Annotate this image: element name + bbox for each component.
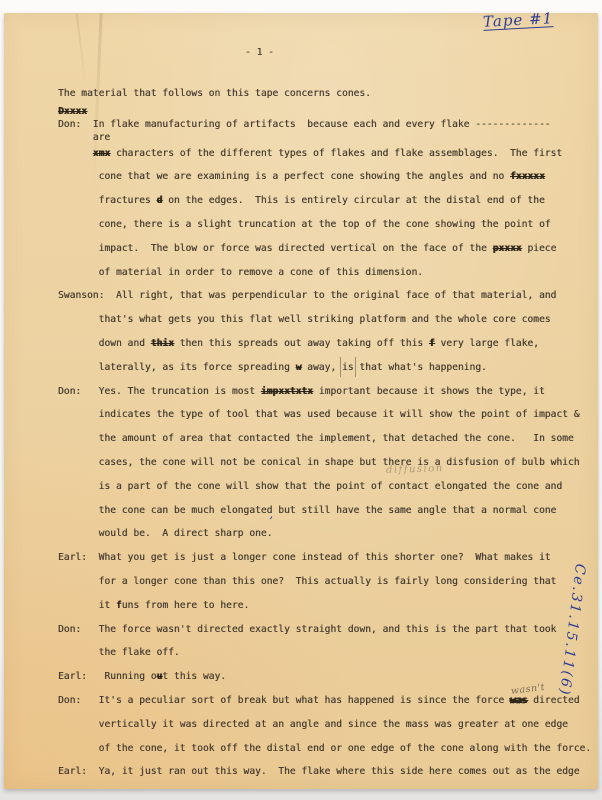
transcript-line: - 1 -	[58, 41, 598, 65]
transcript-text: on the edges. This is entirely circular …	[162, 195, 544, 206]
transcript-line: Don: In flake manufacturing of artifacts…	[58, 117, 598, 133]
transcript-line: cases, the cone will not be conical in s…	[58, 451, 598, 475]
transcript-text: Earl: What you get is just a longer cone…	[58, 552, 551, 563]
transcript-line: Swanson: All right, that was perpendicul…	[58, 284, 598, 308]
transcript-text: Don: In flake manufacturing of artifacts…	[58, 119, 551, 130]
transcript-line: are	[58, 133, 598, 142]
pencil-wasnt-annotation: wasn't	[510, 686, 511, 697]
transcript-text: is a part of the cone will show that the…	[58, 481, 562, 492]
transcript-text: cone that we are examining is a perfect …	[58, 171, 510, 182]
transcript-line: of material in order to remove a cone of…	[58, 261, 598, 285]
transcript-text: Earl: Ya, it just ran out this way. The …	[58, 766, 580, 777]
transcript-text: piece	[522, 243, 557, 254]
transcript-text: the amount of area that contacted the im…	[58, 433, 574, 444]
transcript-text: away,	[301, 362, 342, 373]
handwritten-tape-label: Tape #1	[483, 9, 554, 31]
transcript-line: Earl: What you get is just a longer cone…	[58, 546, 598, 570]
typewritten-transcript: - 1 -The material that follows on this t…	[4, 13, 598, 789]
transcript-line: cone that we are examining is a perfect …	[58, 165, 598, 189]
transcript-line: Don: It's a peculiar sort of break but w…	[58, 689, 598, 713]
overstruck-text: fxxxxx	[510, 171, 545, 182]
transcript-line: vertically it was directed at an angle a…	[58, 713, 598, 737]
transcript-text: the cone can be much elongated	[58, 505, 272, 516]
overstruck-text: pxxxx	[493, 243, 522, 254]
transcript-text: then this spreads out away taking off th…	[174, 338, 429, 349]
transcript-text: that what's happening.	[354, 362, 487, 373]
transcript-text: down and	[58, 338, 151, 349]
transcript-line: The material that follows on this tape c…	[58, 82, 598, 106]
transcript-text: are	[58, 132, 110, 143]
transcript-line: that's what gets you this flat well stri…	[58, 308, 598, 332]
transcript-text: would be. A direct sharp one.	[58, 528, 272, 539]
transcript-line: impact. The blow or force was directed v…	[58, 237, 598, 261]
scanned-page: - 1 -The material that follows on this t…	[4, 13, 598, 789]
transcript-text: indicates the type of tool that was used…	[58, 409, 580, 420]
transcript-text: fractures	[58, 195, 157, 206]
transcript-text: The material that follows on this tape c…	[58, 88, 371, 99]
transcript-line: Earl: Ya, it just ran out this way. The …	[58, 760, 598, 784]
transcript-text: it	[58, 600, 116, 611]
overstruck-text: impxxtxtx	[261, 386, 313, 397]
transcript-line: for a longer cone than this one? This ac…	[58, 570, 598, 594]
transcript-line: Don: Yes. The truncation is most impxxtx…	[58, 380, 598, 404]
transcript-text: that's what gets you this flat well stri…	[58, 314, 551, 325]
transcript-line: would be. A direct sharp one.	[58, 522, 598, 546]
transcript-text: Don: The force wasn't directed exactly s…	[58, 624, 556, 635]
transcript-line: indicates the type of tool that was used…	[58, 403, 598, 427]
transcript-line: is a part of the cone will show that the…	[58, 475, 598, 499]
transcript-line: the amount of area that contacted the im…	[58, 427, 598, 451]
transcript-line: cone, there is a slight truncation at th…	[58, 213, 598, 237]
overstruck-text: xmx	[93, 148, 110, 159]
transcript-text: t this way.	[162, 671, 226, 682]
transcript-text: impact. The blow or force was directed v…	[58, 243, 493, 254]
transcript-line: Dxxxx	[58, 106, 598, 117]
transcript-line: Don: The force wasn't directed exactly s…	[58, 618, 598, 642]
transcript-text: Swanson: All right, that was perpendicul…	[58, 290, 556, 301]
overstruck-text: Dxxxx	[58, 106, 87, 117]
transcript-text: very large flake,	[435, 338, 539, 349]
transcript-text: vertically it was directed at an angle a…	[58, 719, 568, 730]
transcript-text: uns from here to here.	[122, 600, 249, 611]
transcript-line: laterally, as its force spreading w away…	[58, 356, 598, 380]
transcript-text: of the cone, it took off the distal end …	[58, 743, 591, 754]
transcript-line: fractures d on the edges. This is entire…	[58, 189, 598, 213]
transcript-text	[58, 148, 93, 159]
transcript-line: the flake off.	[58, 641, 598, 665]
transcript-text: cases, the cone will not be conical in s…	[58, 457, 580, 468]
transcript-text: - 1 -	[245, 47, 274, 58]
transcript-text: Earl: Running o	[58, 671, 157, 682]
transcript-line: it funs from here to here.	[58, 594, 598, 618]
transcript-text: of material in order to remove a cone of…	[58, 267, 423, 278]
transcript-text: cone, there is a slight truncation at th…	[58, 219, 551, 230]
transcript-line: xmx characters of the different types of…	[58, 142, 598, 166]
transcript-text: characters of the different types of fla…	[110, 148, 562, 159]
transcript-text: Don: Yes. The truncation is most	[58, 386, 261, 397]
transcript-text: the flake off.	[58, 647, 180, 658]
overstruck-text: is	[342, 362, 354, 373]
overstruck-text: thix	[151, 338, 174, 349]
transcript-text: important because it shows the type, it	[313, 386, 545, 397]
transcript-text: laterally, as its force spreading	[58, 362, 296, 373]
transcript-line: the cone can be much elongated, but stil…	[58, 499, 598, 523]
transcript-line: down and thix then this spreads out away…	[58, 332, 598, 356]
transcript-text: but still have the same angle that a nor…	[272, 505, 556, 516]
scan-background: { "annotations": { "tape_label": "Tape #…	[0, 0, 602, 800]
transcript-text: for a longer cone than this one? This ac…	[58, 576, 556, 587]
transcript-text: Don: It's a peculiar sort of break but w…	[58, 695, 510, 706]
transcript-line: of the cone, it took off the distal end …	[58, 737, 598, 761]
